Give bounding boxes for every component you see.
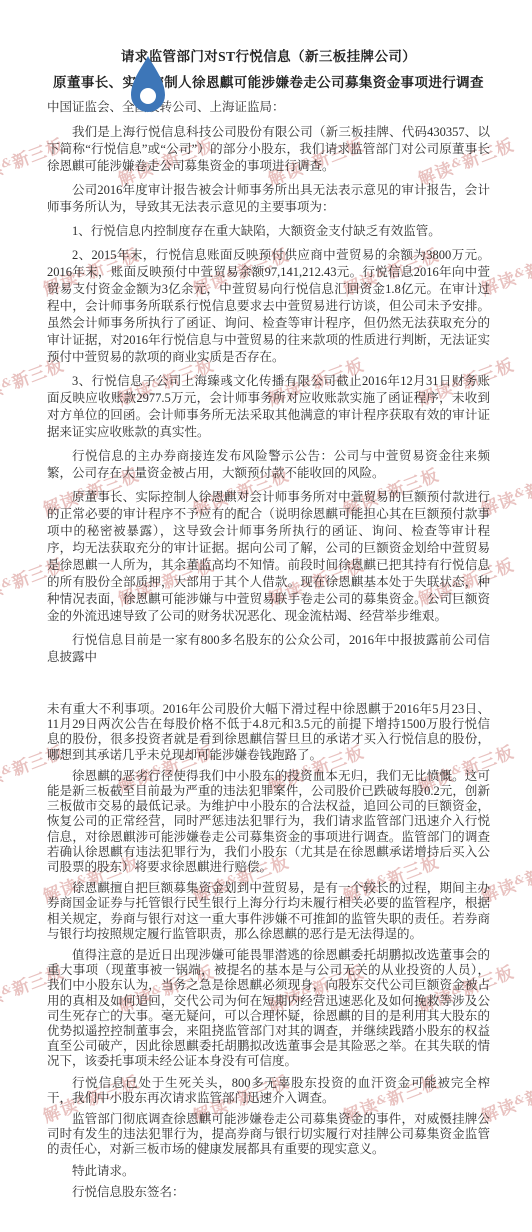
list-item-3: 3、行悦信息子公司上海臻彧文化传播有限公司截止2016年12月31日财务账面反映… — [47, 373, 490, 441]
paragraph: 值得注意的是近日出现涉嫌可能畏罪潜逃的徐恩麒委托胡鹏拟改选董事会的重大事项（现董… — [47, 948, 490, 1070]
list-item-2: 2、2015年末，行悦信息账面反映预付供应商中萱贸易的余额为3800万元。201… — [47, 247, 490, 366]
document-title-line-2: 原董事长、实际控制人徐恩麒可能涉嫌卷走公司募集资金事项进行调查 — [47, 73, 490, 92]
page-1: 解读&新三板解读&新三板解读&新三板解读&新三板解读&新三板解读&新三板解读&新… — [0, 30, 532, 642]
paragraph: 公司2016年度审计报告被会计师事务所出具无法表示意见的审计报告，会计师事务所认… — [47, 182, 490, 216]
paragraph: 我们是上海行悦信息科技公司股份有限公司（新三板挂牌、代码430357、以下简称“… — [47, 124, 490, 175]
paragraph: 监管部门彻底调查徐恩麒可能涉嫌卷走公司募集资金的事件，对威慑挂牌公司时有发生的违… — [47, 1112, 490, 1158]
paragraph: 行悦信息已处于生死关头，800多无辜股东投资的血汗资金可能被完全榨干，我们中小股… — [47, 1076, 490, 1106]
paragraph-continuation: 未有重大不利事项。2016年公司股价大幅下滑过程中徐恩麒于2016年5月23日、… — [47, 702, 490, 763]
paragraph: 行悦信息的主办券商接连发布风险警示公告：公司与中萱贸易资金往来频繁，公司存在大量… — [47, 448, 490, 482]
list-item-1: 1、行悦信息内控制度存在重大缺陷，大额资金支付缺乏有效监管。 — [47, 223, 490, 240]
paragraph: 徐恩麒的恶劣行径使得我们中小股东的投资血本无归，我们无比愤慨。这可能是新三板截至… — [47, 769, 490, 875]
page-2: 解读&新三板解读&新三板解读&新三板解读&新三板解读&新三板解读&新三板解读&新… — [0, 697, 532, 1232]
closing-request: 特此请求。 — [47, 1164, 490, 1179]
salutation: 中国证监会、全国股转公司、上海证监局： — [47, 99, 490, 116]
signature-line: 行悦信息股东签名： — [47, 1185, 490, 1200]
scanned-document: 解读&新三板解读&新三板解读&新三板解读&新三板解读&新三板解读&新三板解读&新… — [0, 0, 532, 1232]
location-drop-icon — [128, 56, 168, 114]
paragraph: 行悦信息目前是一家有800多名股东的公众公司，2016年中报披露前公司信息披露中 — [47, 632, 490, 666]
drop-inner-circle — [140, 88, 156, 104]
paragraph: 原董事长、实际控制人徐恩麒对会计师事务所对中萱贸易的巨额预付款进行的正常必要的审… — [47, 489, 490, 625]
document-title-line-1: 请求监管部门对ST行悦信息（新三板挂牌公司） — [47, 30, 490, 66]
paragraph: 徐恩麒擅自把巨额募集资金划到中萱贸易，是有一个较长的过程，期间主办券商国金证券与… — [47, 881, 490, 942]
